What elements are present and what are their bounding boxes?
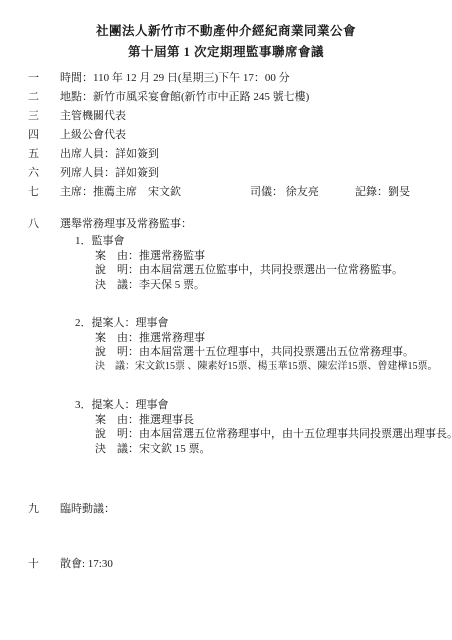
mc-name: 司儀： 徐友亮 bbox=[250, 183, 355, 202]
explain-label: 說 明： bbox=[95, 346, 139, 358]
document-page: 社團法人新竹市不動產仲介經紀商業同業公會 第十屆第 1 次定期理監事聯席會議 一… bbox=[0, 0, 452, 640]
item-number: 二 bbox=[28, 88, 60, 107]
proposal-1: 1．監事會 案 由：推選常務監事 說 明：由本屆當選五位監事中，共同投票選出一位… bbox=[75, 234, 452, 292]
proposal-explain-line: 說 明：由本屆當選五位監事中，共同投票選出一位常務監事。 bbox=[95, 263, 452, 278]
item-text: 時間：110 年 12 月 29 日(星期三)下午 17：00 分 bbox=[60, 69, 290, 88]
item-text: 臨時動議： bbox=[60, 500, 115, 519]
proposal-case-line: 案 由：推選理事長 bbox=[95, 413, 452, 428]
proposal-title: 3．提案人：理事會 bbox=[75, 398, 452, 413]
chair-mc-recorder-line: 主席：推薦主席 宋文欽司儀： 徐友亮記錄：劉旻 bbox=[60, 183, 410, 202]
item-number: 五 bbox=[28, 145, 60, 164]
item-text: 散會: 17:30 bbox=[60, 555, 113, 574]
list-item-observers: 六 列席人員：詳如簽到 bbox=[0, 164, 452, 183]
list-item-adjourn: 十 散會: 17:30 bbox=[0, 555, 452, 574]
doc-title-line2: 第十屆第 1 次定期理監事聯席會議 bbox=[0, 42, 452, 63]
list-item-authority-rep: 三 主管機關代表 bbox=[0, 107, 452, 126]
explain-value: 由本屆當選五位監事中，共同投票選出一位常務監事。 bbox=[139, 264, 403, 276]
item-number: 一 bbox=[28, 69, 60, 88]
resolution-label: 決 議： bbox=[95, 443, 139, 455]
list-item-chair: 七 主席：推薦主席 宋文欽司儀： 徐友亮記錄：劉旻 bbox=[0, 183, 452, 202]
list-item-time: 一 時間：110 年 12 月 29 日(星期三)下午 17：00 分 bbox=[0, 69, 452, 88]
chair-name: 主席：推薦主席 宋文欽 bbox=[60, 183, 250, 202]
list-item-location: 二 地點：新竹市風采宴會館(新竹市中正路 245 號七樓) bbox=[0, 88, 452, 107]
case-label: 案 由： bbox=[95, 414, 139, 426]
item-text: 上級公會代表 bbox=[60, 126, 126, 145]
list-item-motions: 九 臨時動議： bbox=[0, 500, 452, 519]
proposal-case-line: 案 由：推選常務理事 bbox=[95, 331, 452, 346]
case-value: 推選常務理事 bbox=[139, 332, 205, 344]
list-item-superior-rep: 四 上級公會代表 bbox=[0, 126, 452, 145]
item-number: 九 bbox=[28, 500, 60, 519]
item-text: 出席人員：詳如簽到 bbox=[60, 145, 159, 164]
resolution-label: 決 議： bbox=[95, 279, 139, 291]
list-item-election-heading: 八 選舉常務理事及常務監事： bbox=[0, 215, 452, 234]
explain-label: 說 明： bbox=[95, 264, 139, 276]
case-label: 案 由： bbox=[95, 250, 139, 262]
item-number: 六 bbox=[28, 164, 60, 183]
proposal-resolution-line: 決 議：宋文欽 15 票。 bbox=[95, 442, 452, 457]
proposal-resolution-line: 決 議：李天保 5 票。 bbox=[95, 278, 452, 293]
item-text: 列席人員：詳如簽到 bbox=[60, 164, 159, 183]
list-item-attendees: 五 出席人員：詳如簽到 bbox=[0, 145, 452, 164]
explain-value: 由本屆當選五位常務理事中，由十五位理事共同投票選出理事長。 bbox=[139, 428, 452, 440]
proposal-case-line: 案 由：推選常務監事 bbox=[95, 249, 452, 264]
election-heading-text: 選舉常務理事及常務監事： bbox=[60, 215, 192, 234]
proposal-explain-line: 說 明：由本屆當選五位常務理事中，由十五位理事共同投票選出理事長。 bbox=[95, 427, 452, 442]
proposal-resolution-line: 決 議：宋文欽15票 、陳素好15票、楊玉華15票、陳宏洋15票、曾建樺15票。 bbox=[95, 360, 452, 375]
agenda-list: 一 時間：110 年 12 月 29 日(星期三)下午 17：00 分 二 地點… bbox=[0, 69, 452, 574]
proposal-3: 3．提案人：理事會 案 由：推選理事長 說 明：由本屆當選五位常務理事中，由十五… bbox=[75, 398, 452, 456]
proposal-title: 1．監事會 bbox=[75, 234, 452, 249]
doc-title-line1: 社團法人新竹市不動產仲介經紀商業同業公會 bbox=[0, 21, 452, 42]
item-text: 地點：新竹市風采宴會館(新竹市中正路 245 號七樓) bbox=[60, 88, 309, 107]
explain-value: 由本屆當選十五位理事中，共同投票選出五位常務理事。 bbox=[139, 346, 414, 358]
case-value: 推選常務監事 bbox=[139, 250, 205, 262]
recorder-name: 記錄：劉旻 bbox=[355, 186, 410, 198]
resolution-value: 宋文欽 15 票。 bbox=[139, 443, 211, 455]
item-number: 三 bbox=[28, 107, 60, 126]
item-number: 七 bbox=[28, 183, 60, 202]
item-text: 主管機關代表 bbox=[60, 107, 126, 126]
case-label: 案 由： bbox=[95, 332, 139, 344]
proposal-2: 2．提案人：理事會 案 由：推選常務理事 說 明：由本屆當選十五位理事中，共同投… bbox=[75, 316, 452, 374]
explain-label: 說 明： bbox=[95, 428, 139, 440]
proposal-explain-line: 說 明：由本屆當選十五位理事中，共同投票選出五位常務理事。 bbox=[95, 345, 452, 360]
item-number: 八 bbox=[28, 215, 60, 234]
item-number: 十 bbox=[28, 555, 60, 574]
resolution-value: 宋文欽15票 、陳素好15票、楊玉華15票、陳宏洋15票、曾建樺15票。 bbox=[135, 361, 438, 372]
resolution-value: 李天保 5 票。 bbox=[139, 279, 205, 291]
item-number: 四 bbox=[28, 126, 60, 145]
case-value: 推選理事長 bbox=[139, 414, 194, 426]
resolution-label: 決 議： bbox=[95, 361, 135, 372]
proposal-title: 2．提案人：理事會 bbox=[75, 316, 452, 331]
